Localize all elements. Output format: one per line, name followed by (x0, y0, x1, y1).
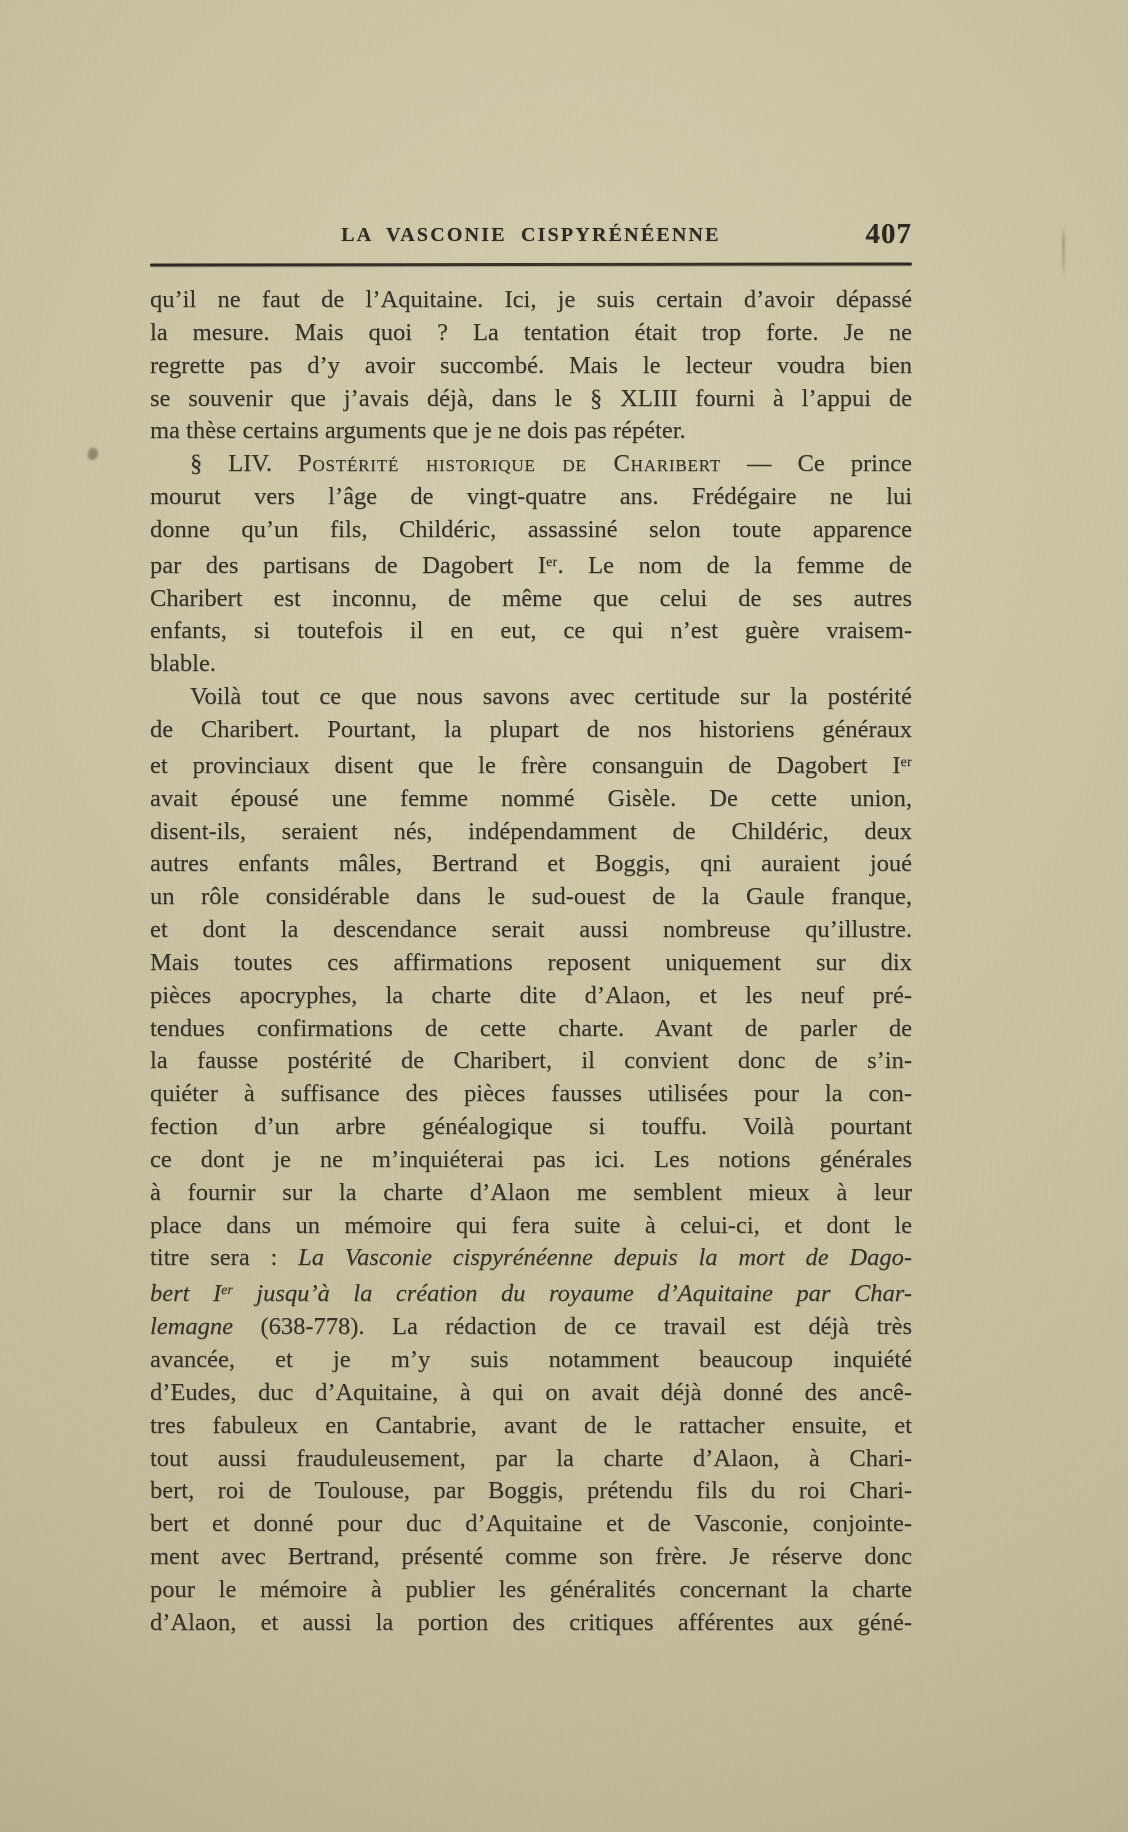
text-segment: par des partisans de Dagobert I (150, 552, 546, 579)
text-segment: autres enfants mâles, Bertrand et Boggis… (150, 850, 912, 877)
text-segment: et provinciaux disent que le frère consa… (150, 752, 901, 779)
text-line: la mesure. Mais quoi ? La tentation étai… (150, 317, 912, 350)
text-segment: tout aussi frauduleusement, par la chart… (150, 1445, 912, 1472)
text-line: mourut vers l’âge de vingt-quatre ans. F… (150, 481, 912, 514)
text-line: à fournir sur la charte d’Alaon me sembl… (150, 1177, 912, 1210)
scan-mark (1062, 226, 1065, 278)
text-segment: donne qu’un fils, Childéric, assassiné s… (150, 516, 912, 543)
text-line: autres enfants mâles, Bertrand et Boggis… (150, 848, 912, 881)
text-segment-italic: bert I (150, 1280, 221, 1307)
text-segment: la mesure. Mais quoi ? La tentation étai… (150, 319, 912, 346)
text-line: ce dont je ne m’inquiéterai pas ici. Les… (150, 1144, 912, 1177)
text-line: titre sera : La Vasconie cispyrénéenne d… (150, 1242, 912, 1275)
scan-mark (86, 447, 99, 462)
text-segment: tendues confirmations de cette charte. A… (150, 1015, 912, 1042)
text-line: Charibert est inconnu, de même que celui… (150, 583, 912, 616)
text-segment: avancée, et je m’y suis notamment beauco… (150, 1346, 912, 1373)
text-segment-smallcaps: Postérité historique de Charibert (298, 450, 721, 477)
page-title: LA VASCONIE CISPYRÉNÉENNE (150, 224, 912, 247)
text-segment-italic: jusqu’à la création du royaume d’Aquitai… (233, 1280, 912, 1307)
text-line: quiéter à suffisance des pièces fausses … (150, 1078, 912, 1111)
text-segment: Voilà tout ce que nous savons avec certi… (190, 683, 912, 710)
text-segment: bert, roi de Toulouse, par Boggis, préte… (150, 1477, 912, 1504)
text-line: bert et donné pour duc d’Aquitaine et de… (150, 1508, 912, 1541)
text-line: tres fabuleux en Cantabrie, avant de le … (150, 1410, 912, 1443)
text-line: avancée, et je m’y suis notamment beauco… (150, 1344, 912, 1377)
text-line: donne qu’un fils, Childéric, assassiné s… (150, 514, 912, 547)
text-segment: pièces apocryphes, la charte dite d’Alao… (150, 982, 912, 1009)
text-line: se souvenir que j’avais déjà, dans le § … (150, 383, 912, 416)
text-line: de Charibert. Pourtant, la plupart de no… (150, 714, 912, 747)
text-segment: d’Alaon, et aussi la portion des critiqu… (150, 1609, 912, 1636)
text-segment: place dans un mémoire qui fera suite à c… (150, 1212, 912, 1239)
text-segment: Mais toutes ces affirmations reposent un… (150, 949, 912, 976)
text-segment: tres fabuleux en Cantabrie, avant de le … (150, 1412, 912, 1439)
text-line: ment avec Bertrand, présenté comme son f… (150, 1541, 912, 1574)
text-segment: de Charibert. Pourtant, la plupart de no… (150, 716, 912, 743)
text-segment: à fournir sur la charte d’Alaon me sembl… (150, 1179, 912, 1206)
text-line: enfants, si toutefois il en eut, ce qui … (150, 615, 912, 648)
text-segment: se souvenir que j’avais déjà, dans le § … (150, 385, 912, 412)
text-segment-italic: La Vasconie cispyrénéenne depuis la mort… (298, 1244, 912, 1271)
text-line: disent-ils, seraient nés, indépendamment… (150, 816, 912, 849)
text-segment: fection d’un arbre généalogique si touff… (150, 1113, 912, 1140)
text-line: tout aussi frauduleusement, par la chart… (150, 1443, 912, 1476)
scanned-book-page: LA VASCONIE CISPYRÉNÉENNE 407 qu’il ne f… (0, 0, 1128, 1832)
text-segment: la fausse postérité de Charibert, il con… (150, 1047, 912, 1074)
text-segment: et dont la descendance serait aussi nomb… (150, 916, 912, 943)
text-line: regrette pas d’y avoir succombé. Mais le… (150, 350, 912, 383)
text-line: d’Eudes, duc d’Aquitaine, à qui on avait… (150, 1377, 912, 1410)
text-segment-italic: lemagne (150, 1313, 233, 1340)
text-line: pour le mémoire à publier les généralité… (150, 1574, 912, 1607)
text-line: la fausse postérité de Charibert, il con… (150, 1045, 912, 1078)
text-segment: un rôle considérable dans le sud-ouest d… (150, 883, 912, 910)
text-segment: disent-ils, seraient nés, indépendamment… (150, 818, 912, 845)
text-segment: . Le nom de la femme de (557, 552, 912, 579)
text-line: qu’il ne faut de l’Aquitaine. Ici, je su… (150, 284, 912, 317)
text-segment-sup: er (546, 555, 557, 570)
text-line: bert, roi de Toulouse, par Boggis, préte… (150, 1475, 912, 1508)
text-segment: qu’il ne faut de l’Aquitaine. Ici, je su… (150, 286, 912, 313)
page-header: LA VASCONIE CISPYRÉNÉENNE 407 (150, 222, 912, 252)
text-segment: Charibert est inconnu, de même que celui… (150, 585, 912, 612)
text-line: tendues confirmations de cette charte. A… (150, 1013, 912, 1046)
text-segment: mourut vers l’âge de vingt-quatre ans. F… (150, 483, 912, 510)
text-line: pièces apocryphes, la charte dite d’Alao… (150, 980, 912, 1013)
text-line: blable. (150, 648, 912, 681)
text-line: et provinciaux disent que le frère consa… (150, 747, 912, 783)
text-line: bert Ier jusqu’à la création du royaume … (150, 1275, 912, 1311)
text-line: d’Alaon, et aussi la portion des critiqu… (150, 1607, 912, 1640)
text-line: un rôle considérable dans le sud-ouest d… (150, 881, 912, 914)
text-segment: quiéter à suffisance des pièces fausses … (150, 1080, 912, 1107)
text-segment: blable. (150, 650, 216, 677)
header-rule (150, 262, 912, 266)
text-segment: ce dont je ne m’inquiéterai pas ici. Les… (150, 1146, 912, 1173)
text-line: par des partisans de Dagobert Ier. Le no… (150, 547, 912, 583)
text-segment: avait épousé une femme nommé Gisèle. De … (150, 785, 912, 812)
text-segment: — Ce prince (721, 450, 912, 477)
text-line: avait épousé une femme nommé Gisèle. De … (150, 783, 912, 816)
text-segment: ma thèse certains arguments que je ne do… (150, 417, 686, 444)
text-segment-italic-sup: er (221, 1283, 233, 1298)
text-line: lemagne (638-778). La rédaction de ce tr… (150, 1311, 912, 1344)
text-segment: bert et donné pour duc d’Aquitaine et de… (150, 1510, 912, 1537)
text-segment: regrette pas d’y avoir succombé. Mais le… (150, 352, 912, 379)
text-line: Voilà tout ce que nous savons avec certi… (150, 681, 912, 714)
text-segment: titre sera : (150, 1244, 298, 1271)
text-line: § LIV. Postérité historique de Charibert… (150, 448, 912, 481)
text-segment: (638-778). La rédaction de ce travail es… (233, 1313, 912, 1340)
page-number: 407 (866, 218, 913, 251)
text-segment: enfants, si toutefois il en eut, ce qui … (150, 617, 912, 644)
text-segment: § LIV. (190, 450, 298, 477)
text-line: et dont la descendance serait aussi nomb… (150, 914, 912, 947)
text-line: Mais toutes ces affirmations reposent un… (150, 947, 912, 980)
text-block: qu’il ne faut de l’Aquitaine. Ici, je su… (150, 284, 912, 1640)
text-line: fection d’un arbre généalogique si touff… (150, 1111, 912, 1144)
text-segment: d’Eudes, duc d’Aquitaine, à qui on avait… (150, 1379, 912, 1406)
text-line: place dans un mémoire qui fera suite à c… (150, 1210, 912, 1243)
text-segment-sup: er (901, 755, 912, 770)
text-segment: ment avec Bertrand, présenté comme son f… (150, 1543, 912, 1570)
text-segment: pour le mémoire à publier les généralité… (150, 1576, 912, 1603)
text-line: ma thèse certains arguments que je ne do… (150, 415, 912, 448)
